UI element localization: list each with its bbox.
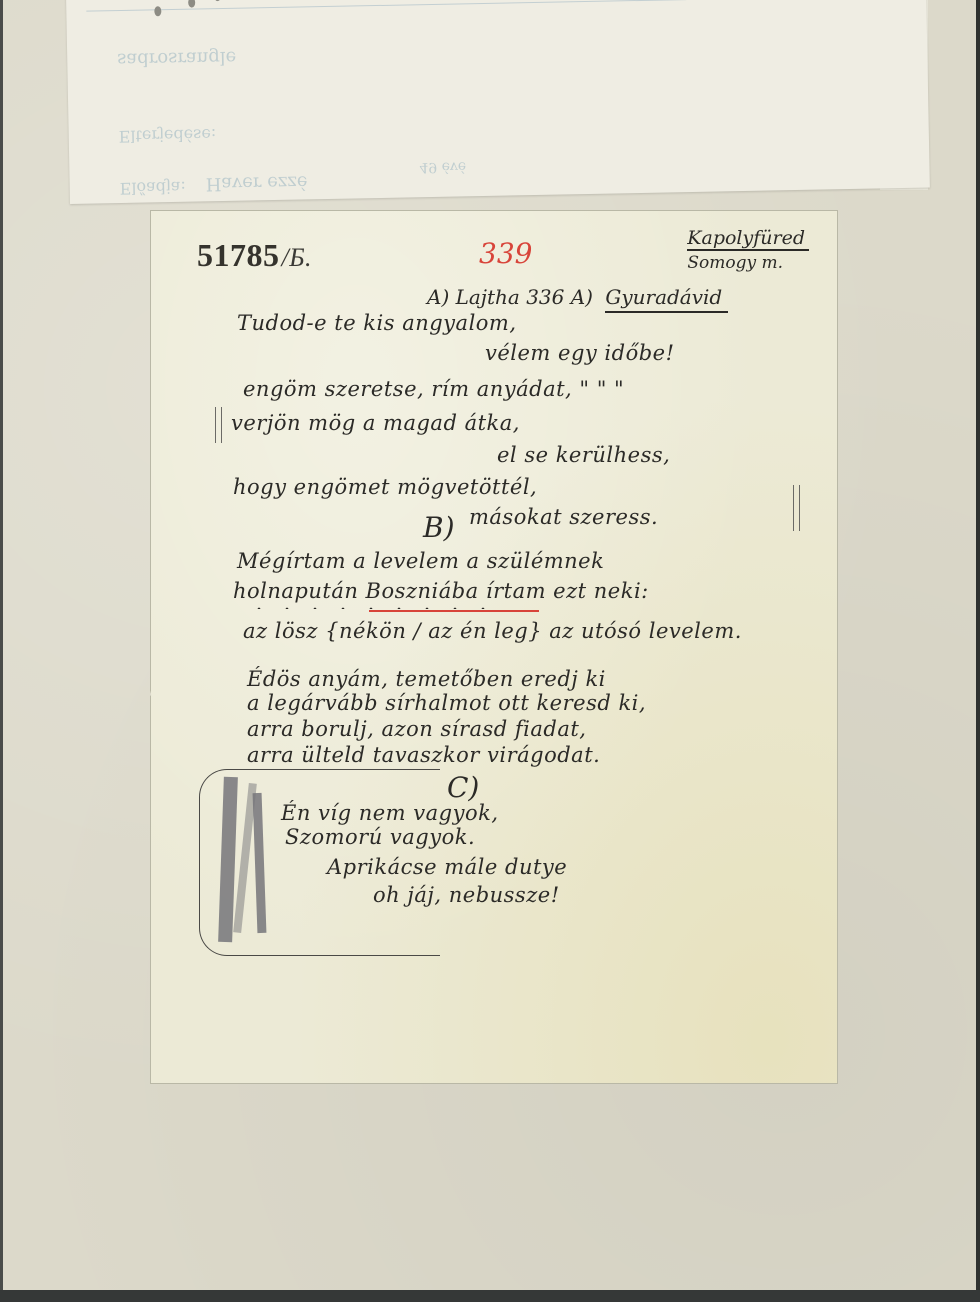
- dotted-underline: [245, 607, 485, 609]
- verse-line-b7: arra ülteld tavaszkor virágodat.: [247, 743, 600, 767]
- verse-line-b2: holnapután Boszniába írtam ezt neki:: [233, 579, 649, 603]
- music-staff-bleedthrough: [86, 0, 686, 12]
- ghost-age: 49 évé: [419, 158, 466, 175]
- catalog-number: 51785/Б.: [197, 237, 312, 274]
- verse-line-c4: oh jáj, nebussze!: [373, 883, 560, 907]
- red-pencil-number: 339: [479, 237, 532, 270]
- manuscript-sheet: 51785/Б. 339 Kapolyfüred Somogy m. A) La…: [150, 210, 838, 1084]
- verse-line-c3: Aprikácse mále dutye: [327, 855, 567, 879]
- ghost-scrawl: sadrosrangle: [117, 47, 236, 70]
- reference-prefix: A) Lajtha 336 A): [427, 285, 593, 309]
- verse-line-b1: Mégírtam a levelem a szülémnek: [237, 549, 604, 573]
- verse-line-b3: az lösz {nékön / az én leg} az utósó lev…: [243, 619, 742, 643]
- reference-line: A) Lajtha 336 A) Gyuradávid: [427, 285, 728, 313]
- repeat-bar-right: [793, 485, 800, 531]
- repeat-bar-left: [215, 407, 222, 443]
- verse-line-b5: a legárvább sírhalmot ott keresd ki,: [247, 691, 646, 715]
- place-town: Kapolyfüred: [687, 227, 809, 251]
- section-label-c: C): [447, 771, 479, 804]
- board-bottom-edge: [0, 1290, 980, 1302]
- place-heading: Kapolyfüred Somogy m.: [687, 227, 809, 273]
- verse-line-a6: hogy engömet mögvetöttél,: [233, 475, 537, 499]
- verse-line-a5: el se kerülhess,: [497, 443, 670, 467]
- board-right-edge: [976, 0, 980, 1302]
- ghost-label-eloadja: Előadja:: [120, 178, 186, 198]
- collector-name: Gyuradávid: [605, 285, 728, 313]
- ghost-performer: Haver ezzé: [205, 171, 307, 194]
- note-mark: [154, 6, 161, 16]
- verse-line-a1: Tudod-e te kis angyalom,: [237, 311, 517, 335]
- verse-line-c1: Én víg nem vagyok,: [281, 801, 499, 825]
- catalog-number-value: 51785: [197, 237, 280, 273]
- verse-line-a2: vélem egy időbe!: [485, 341, 675, 365]
- place-county: Somogy m.: [687, 253, 809, 273]
- verse-line-a7: másokat szeress.: [469, 505, 658, 529]
- verse-line-b2-text: holnapután Boszniába írtam ezt neki:: [233, 579, 649, 603]
- verse-line-a3: engöm szeretse, rím anyádat, " " ": [243, 377, 624, 401]
- section-label-b: B): [423, 511, 455, 544]
- red-underline-boszniaba: [369, 609, 539, 612]
- verse-line-c2: Szomorú vagyok.: [285, 825, 475, 849]
- verse-line-b6: arra borulj, azon sírasd fiadat,: [247, 717, 586, 741]
- ghost-label-elterjedese: Elterjedése:: [119, 125, 217, 146]
- verse-line-a4: verjön mög a magad átka,: [231, 411, 520, 435]
- top-slip: sadrosrangle Elterjedése: Előadja: Haver…: [66, 0, 930, 204]
- catalog-suffix: /Б.: [282, 243, 313, 272]
- verse-line-b4: Édös anyám, temetőben eredj ki: [247, 667, 606, 691]
